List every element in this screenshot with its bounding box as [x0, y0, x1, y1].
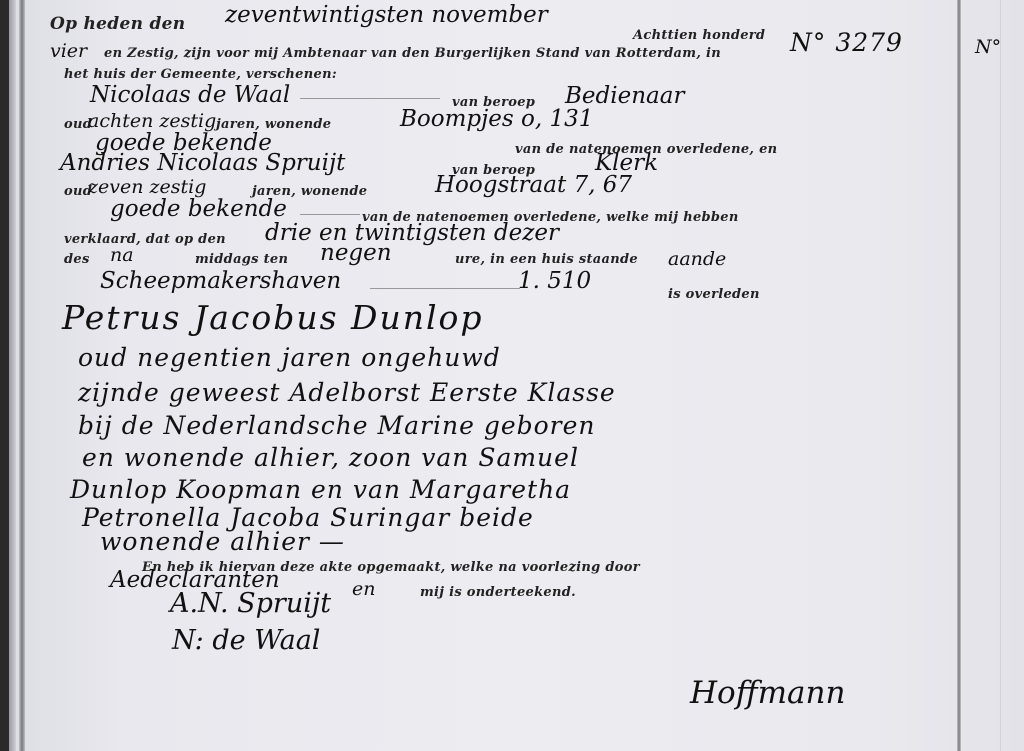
place-number: 1. 510 — [518, 268, 591, 294]
next-record-number: N° — [975, 36, 1001, 58]
hand-death-date: drie en twintigsten dezer — [265, 220, 559, 246]
print-middags: middags ten — [195, 252, 288, 267]
witness-2-relation: goede bekende — [110, 196, 287, 222]
print-closing-2: mij is onderteekend. — [420, 585, 576, 600]
hand-na: na — [110, 244, 134, 266]
book-binding — [0, 0, 9, 751]
print-op-heden: Op heden den — [50, 14, 185, 34]
body-line-4: en wonende alhier, zoon van Samuel — [82, 443, 579, 472]
next-page-edge — [1000, 0, 1001, 751]
hand-day-month: zeventwintigsten november — [225, 2, 548, 28]
document-page: N° 3279 N° Op heden den zeventwintigsten… — [0, 0, 1024, 751]
body-line-5: Dunlop Koopman en van Margaretha — [70, 475, 571, 504]
place-of-death: Scheepmakershaven — [100, 268, 341, 294]
fill-line — [370, 288, 520, 289]
body-line-7: wonende alhier — — [100, 527, 345, 556]
fill-line — [300, 98, 440, 99]
print-year-prefix: Achttien honderd — [633, 28, 765, 43]
print-line-3: het huis der Gemeente, verschenen: — [64, 67, 337, 82]
print-declared: verklaard, dat op den — [64, 232, 226, 247]
witness-1-address: Boompjes o, 131 — [400, 106, 593, 132]
hand-year: vier — [50, 40, 87, 62]
hand-aande: aande — [668, 248, 726, 270]
body-line-3: bij de Nederlandsche Marine geboren — [78, 411, 596, 440]
body-line-1: oud negentien jaren ongehuwd — [78, 343, 501, 372]
signature-registrar: Hoffmann — [690, 675, 845, 711]
body-line-2: zijnde geweest Adelborst Eerste Klasse — [78, 378, 616, 407]
margin-rule-left — [19, 0, 25, 751]
signature-witness-2: A.N. Spruijt — [170, 588, 331, 619]
witness-1-age: achten zestig — [88, 110, 216, 132]
witness-2-name: Andries Nicolaas Spruijt — [60, 150, 345, 176]
print-line-2: en Zestig, zijn voor mij Ambtenaar van d… — [104, 46, 721, 61]
print-ure: ure, in een huis staande — [455, 252, 638, 267]
record-number: N° 3279 — [790, 28, 903, 57]
page-edge — [9, 0, 16, 751]
margin-rule-right — [957, 0, 961, 751]
witness-1-name: Nicolaas de Waal — [90, 82, 290, 108]
hand-and: en — [352, 578, 375, 600]
witness-2-address: Hoogstraat 7, 67 — [435, 172, 632, 198]
fill-line — [300, 214, 360, 215]
print-des: des — [64, 252, 90, 267]
signature-witness-1: N: de Waal — [172, 625, 320, 656]
hand-hour: negen — [320, 240, 392, 266]
witness-2-age: zeven zestig — [88, 176, 206, 198]
deceased-name: Petrus Jacobus Dunlop — [62, 298, 484, 337]
print-died: is overleden — [668, 287, 760, 302]
